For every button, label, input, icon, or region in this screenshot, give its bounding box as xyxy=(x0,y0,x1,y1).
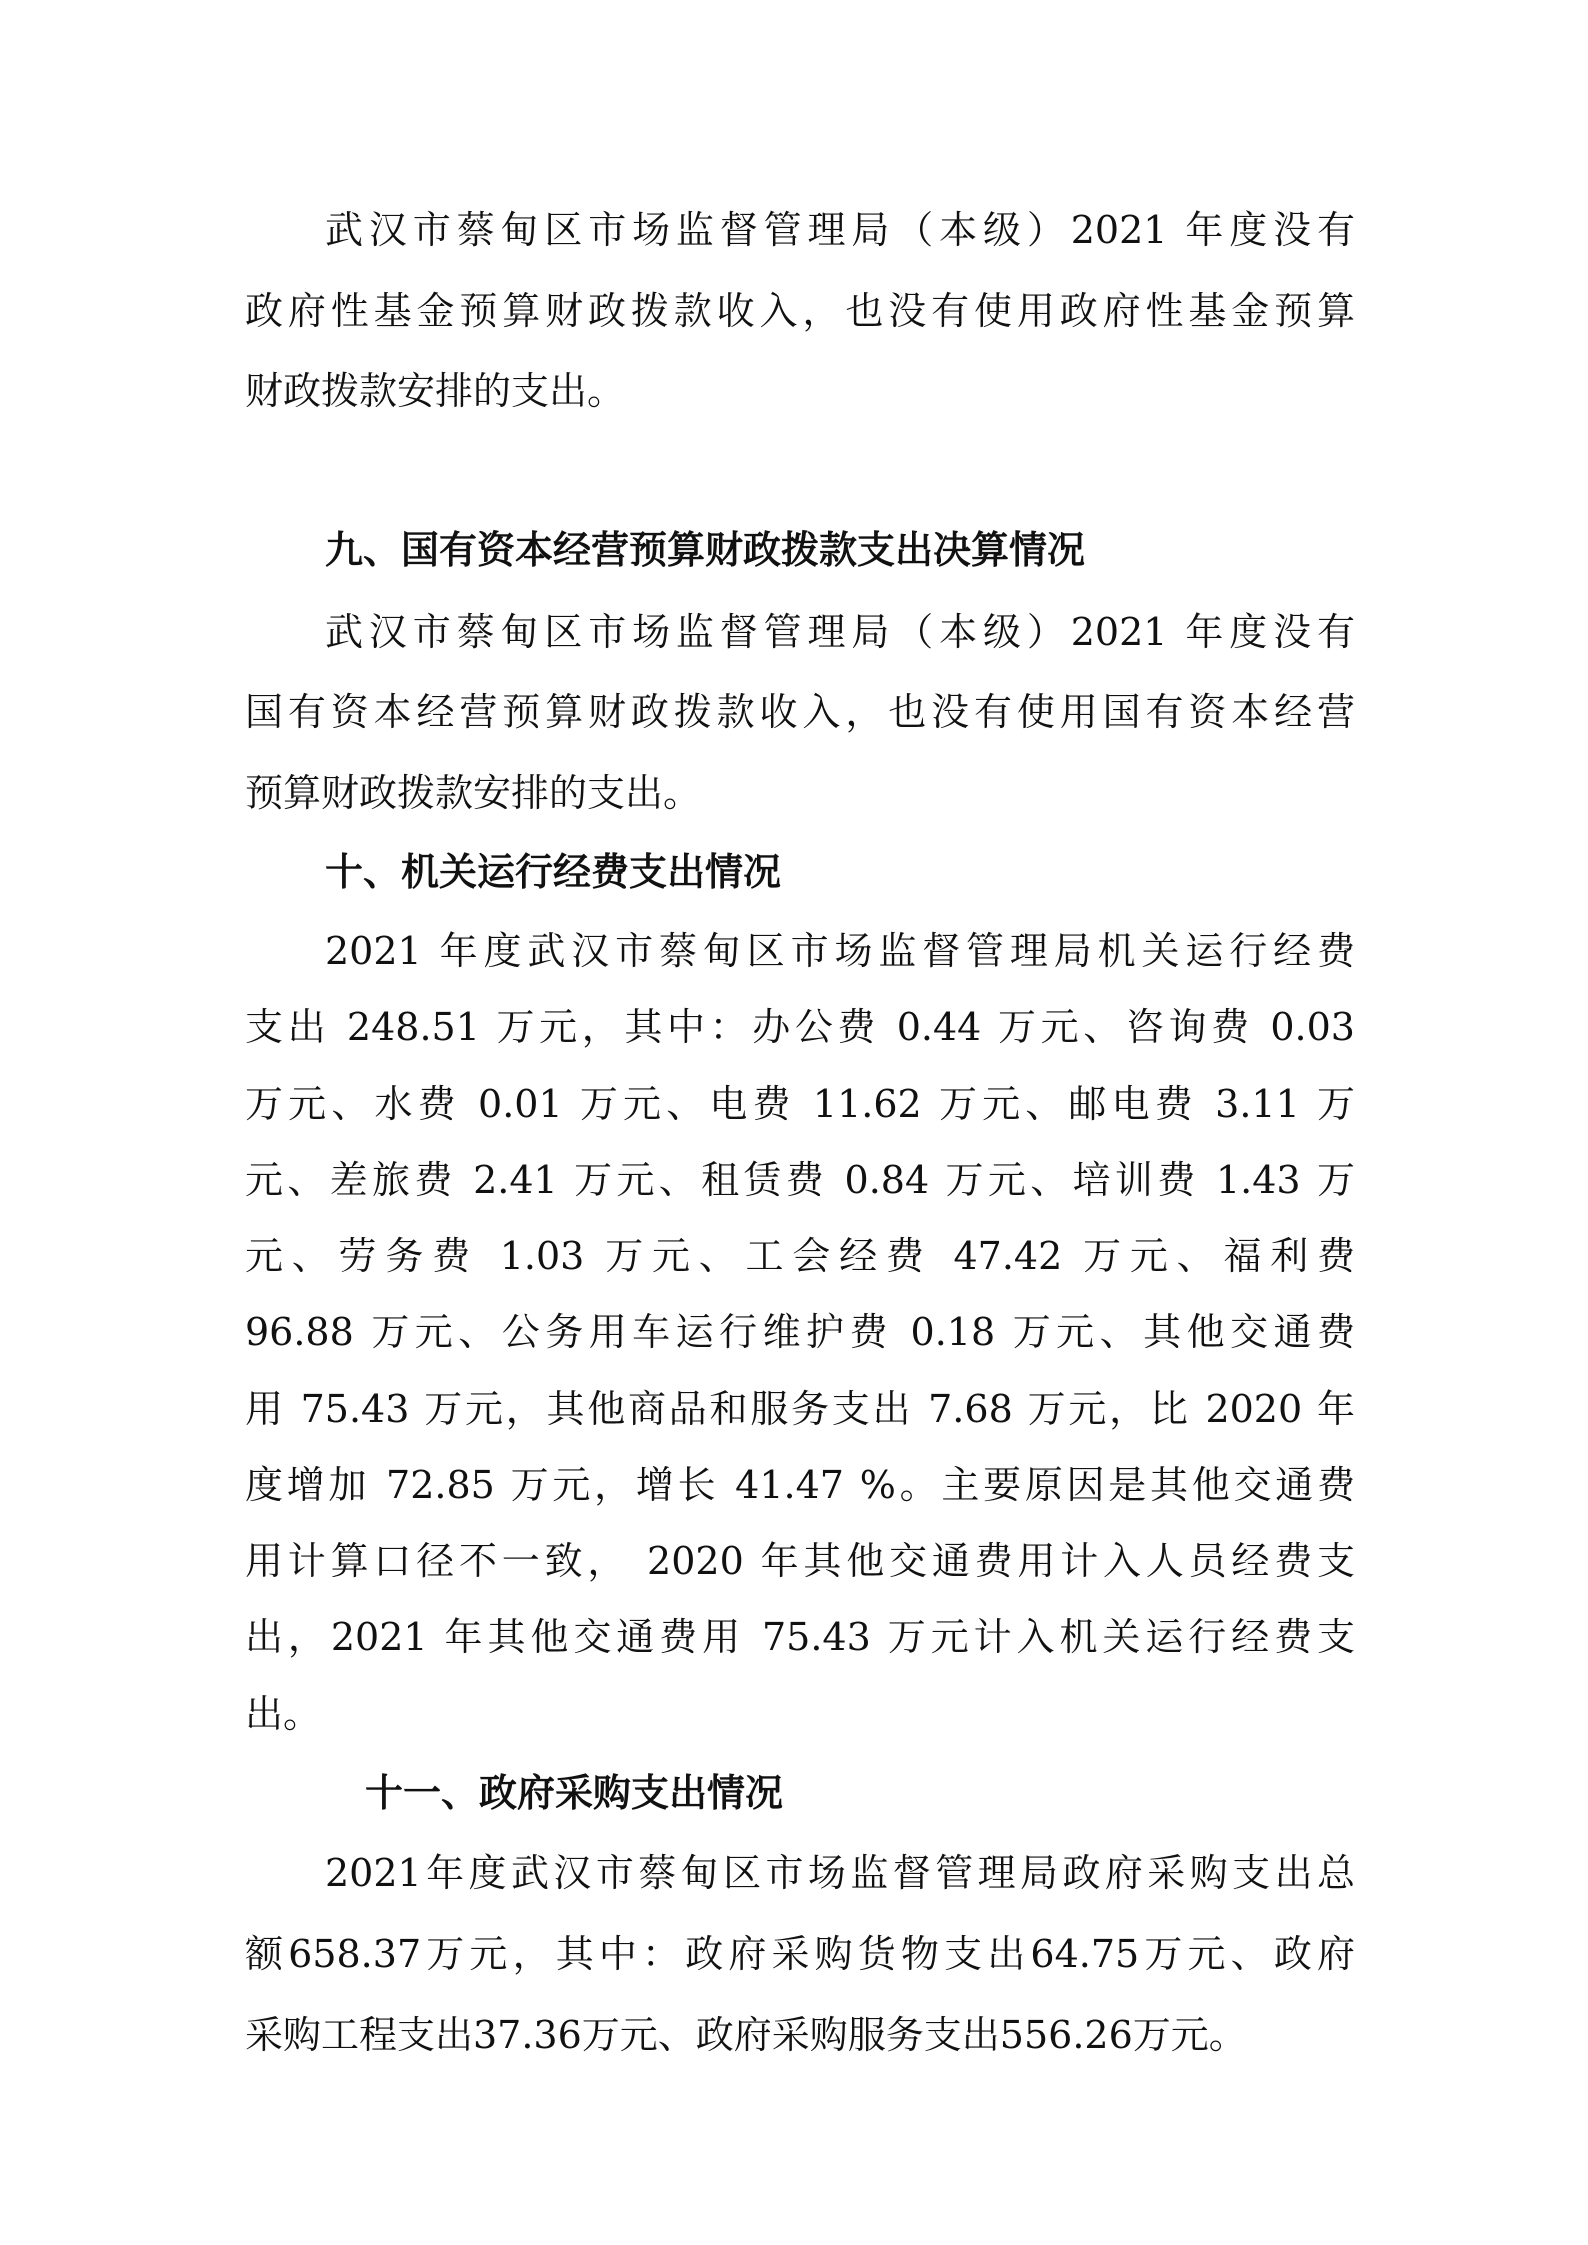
section-heading-9: 九、国有资本经营预算财政拨款支出决算情况 xyxy=(325,520,1085,580)
paragraph-line: 2021年度武汉市蔡甸区市场监督管理局政府采购支出总 xyxy=(325,1843,1355,1903)
paragraph-line: 额658.37万元，其中：政府采购货物支出64.75万元、政府 xyxy=(245,1924,1355,1984)
document-page: 武汉市蔡甸区市场监督管理局（本级）2021 年度没有 政府性基金预算财政拨款收入… xyxy=(0,0,1588,2245)
paragraph-line: 元、差旅费 2.41 万元、租赁费 0.84 万元、培训费 1.43 万 xyxy=(245,1150,1355,1210)
paragraph-line: 出，2021 年其他交通费用 75.43 万元计入机关运行经费支 xyxy=(245,1607,1355,1667)
section-heading-10: 十、机关运行经费支出情况 xyxy=(325,842,781,902)
paragraph-line: 国有资本经营预算财政拨款收入，也没有使用国有资本经营 xyxy=(245,682,1355,742)
paragraph-line: 财政拨款安排的支出。 xyxy=(245,361,1355,421)
paragraph-line: 用计算口径不一致， 2020 年其他交通费用计入人员经费支 xyxy=(245,1531,1355,1591)
paragraph-line: 出。 xyxy=(245,1684,1355,1744)
paragraph-line: 万元、水费 0.01 万元、电费 11.62 万元、邮电费 3.11 万 xyxy=(245,1074,1355,1134)
paragraph-line: 政府性基金预算财政拨款收入，也没有使用政府性基金预算 xyxy=(245,281,1355,341)
paragraph-line: 武汉市蔡甸区市场监督管理局（本级）2021 年度没有 xyxy=(325,602,1355,662)
paragraph-line: 元、劳务费 1.03 万元、工会经费 47.42 万元、福利费 xyxy=(245,1226,1355,1286)
paragraph-line: 96.88 万元、公务用车运行维护费 0.18 万元、其他交通费 xyxy=(245,1302,1355,1362)
paragraph-line: 预算财政拨款安排的支出。 xyxy=(245,763,1355,823)
section-heading-11: 十一、政府采购支出情况 xyxy=(365,1763,783,1823)
paragraph-line: 2021 年度武汉市蔡甸区市场监督管理局机关运行经费 xyxy=(325,921,1355,981)
paragraph-line: 采购工程支出37.36万元、政府采购服务支出556.26万元。 xyxy=(245,2005,1355,2065)
paragraph-line: 支出 248.51 万元，其中：办公费 0.44 万元、咨询费 0.03 xyxy=(245,997,1355,1057)
paragraph-line: 用 75.43 万元，其他商品和服务支出 7.68 万元，比 2020 年 xyxy=(245,1379,1355,1439)
paragraph-line: 武汉市蔡甸区市场监督管理局（本级）2021 年度没有 xyxy=(325,200,1355,260)
paragraph-line: 度增加 72.85 万元，增长 41.47 %。主要原因是其他交通费 xyxy=(245,1455,1355,1515)
